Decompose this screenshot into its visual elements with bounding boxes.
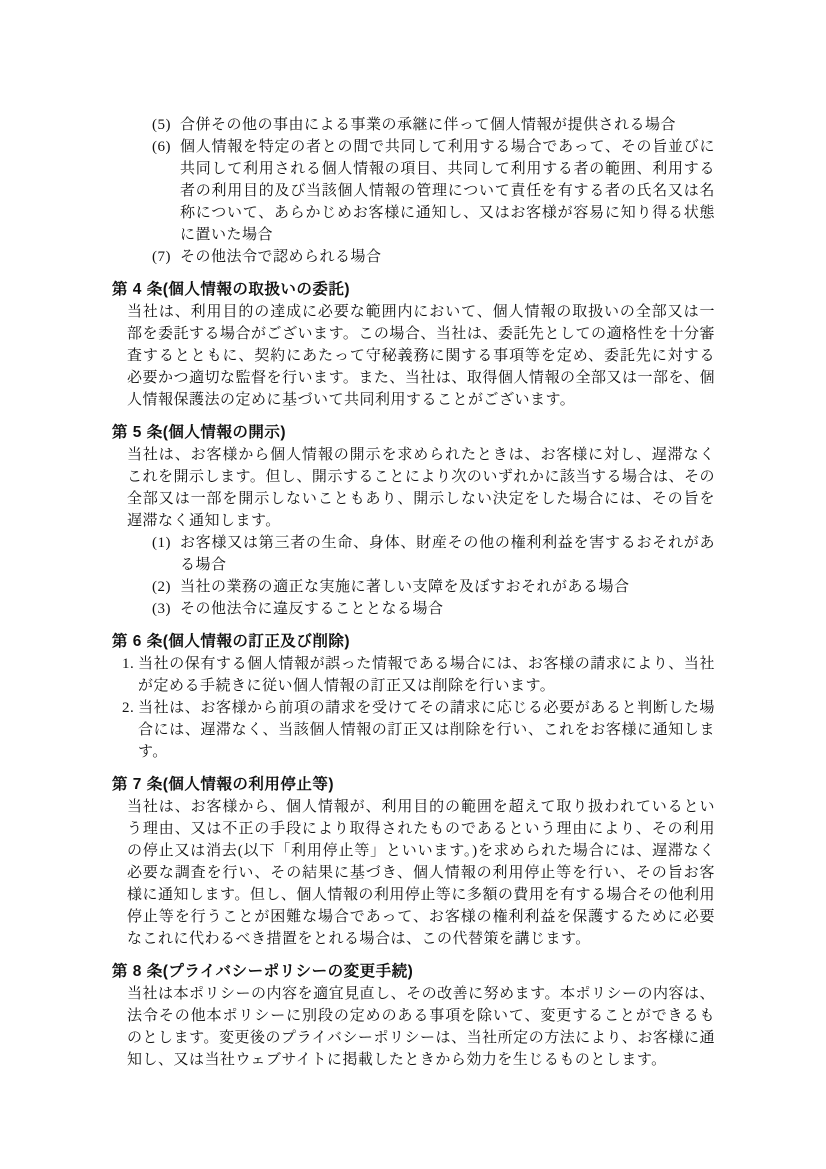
article-6-heading: 第 6 条(個人情報の訂正及び削除) bbox=[112, 631, 715, 653]
document-page: (5) 合併その他の事由による事業の承継に伴って個人情報が提供される場合 (6)… bbox=[0, 0, 826, 1169]
article-8-body: 当社は本ポリシーの内容を適宜見直し、その改善に努めます。本ポリシーの内容は、法令… bbox=[127, 983, 715, 1071]
list-item: (1) お客様又は第三者の生命、身体、財産その他の権利利益を害するおそれがある場… bbox=[152, 532, 715, 576]
list-item-marker: 2. bbox=[122, 697, 138, 763]
document-content: (5) 合併その他の事由による事業の承継に伴って個人情報が提供される場合 (6)… bbox=[112, 114, 715, 1071]
list-item-text: その他法令に違反することとなる場合 bbox=[180, 598, 715, 620]
article-5-paren-list: (1) お客様又は第三者の生命、身体、財産その他の権利利益を害するおそれがある場… bbox=[112, 532, 715, 620]
article-6-numbered-list: 1. 当社の保有する個人情報が誤った情報である場合には、お客様の請求により、当社… bbox=[112, 653, 715, 763]
list-item-marker: (6) bbox=[152, 136, 180, 246]
article-7-body: 当社は、お客様から、個人情報が、利用目的の範囲を超えて取り扱われているという理由… bbox=[127, 796, 715, 950]
list-item-text: 当社の業務の適正な実施に著しい支障を及ぼすおそれがある場合 bbox=[180, 576, 715, 598]
list-item-marker: (3) bbox=[152, 598, 180, 620]
article-8: 第 8 条(プライバシーポリシーの変更手続) 当社は本ポリシーの内容を適宜見直し… bbox=[112, 961, 715, 1071]
list-item-marker: (7) bbox=[152, 246, 180, 268]
article-4-body: 当社は、利用目的の達成に必要な範囲内において、個人情報の取扱いの全部又は一部を委… bbox=[127, 301, 715, 411]
intro-paren-list: (5) 合併その他の事由による事業の承継に伴って個人情報が提供される場合 (6)… bbox=[112, 114, 715, 268]
list-item: 1. 当社の保有する個人情報が誤った情報である場合には、お客様の請求により、当社… bbox=[122, 653, 715, 697]
list-item-text: 個人情報を特定の者との間で共同して利用する場合であって、その旨並びに共同して利用… bbox=[180, 136, 715, 246]
list-item-text: 当社の保有する個人情報が誤った情報である場合には、お客様の請求により、当社が定め… bbox=[138, 653, 715, 697]
article-5: 第 5 条(個人情報の開示) 当社は、お客様から個人情報の開示を求められたときは… bbox=[112, 422, 715, 620]
list-item-marker: (5) bbox=[152, 114, 180, 136]
list-item: (5) 合併その他の事由による事業の承継に伴って個人情報が提供される場合 bbox=[152, 114, 715, 136]
article-4-heading: 第 4 条(個人情報の取扱いの委託) bbox=[112, 279, 715, 301]
list-item: (3) その他法令に違反することとなる場合 bbox=[152, 598, 715, 620]
list-item: (7) その他法令で認められる場合 bbox=[152, 246, 715, 268]
list-item-text: お客様又は第三者の生命、身体、財産その他の権利利益を害するおそれがある場合 bbox=[180, 532, 715, 576]
list-item-text: その他法令で認められる場合 bbox=[180, 246, 715, 268]
list-item-marker: 1. bbox=[122, 653, 138, 697]
article-5-body: 当社は、お客様から個人情報の開示を求められたときは、お客様に対し、遅滞なくこれを… bbox=[127, 444, 715, 532]
list-item: (6) 個人情報を特定の者との間で共同して利用する場合であって、その旨並びに共同… bbox=[152, 136, 715, 246]
list-item-text: 当社は、お客様から前項の請求を受けてその請求に応じる必要があると判断した場合には… bbox=[138, 697, 715, 763]
article-7: 第 7 条(個人情報の利用停止等) 当社は、お客様から、個人情報が、利用目的の範… bbox=[112, 774, 715, 950]
list-item: 2. 当社は、お客様から前項の請求を受けてその請求に応じる必要があると判断した場… bbox=[122, 697, 715, 763]
article-7-heading: 第 7 条(個人情報の利用停止等) bbox=[112, 774, 715, 796]
list-item-marker: (2) bbox=[152, 576, 180, 598]
list-item: (2) 当社の業務の適正な実施に著しい支障を及ぼすおそれがある場合 bbox=[152, 576, 715, 598]
article-5-heading: 第 5 条(個人情報の開示) bbox=[112, 422, 715, 444]
article-4: 第 4 条(個人情報の取扱いの委託) 当社は、利用目的の達成に必要な範囲内におい… bbox=[112, 279, 715, 411]
list-item-marker: (1) bbox=[152, 532, 180, 576]
article-8-heading: 第 8 条(プライバシーポリシーの変更手続) bbox=[112, 961, 715, 983]
list-item-text: 合併その他の事由による事業の承継に伴って個人情報が提供される場合 bbox=[180, 114, 715, 136]
article-6: 第 6 条(個人情報の訂正及び削除) 1. 当社の保有する個人情報が誤った情報で… bbox=[112, 631, 715, 763]
